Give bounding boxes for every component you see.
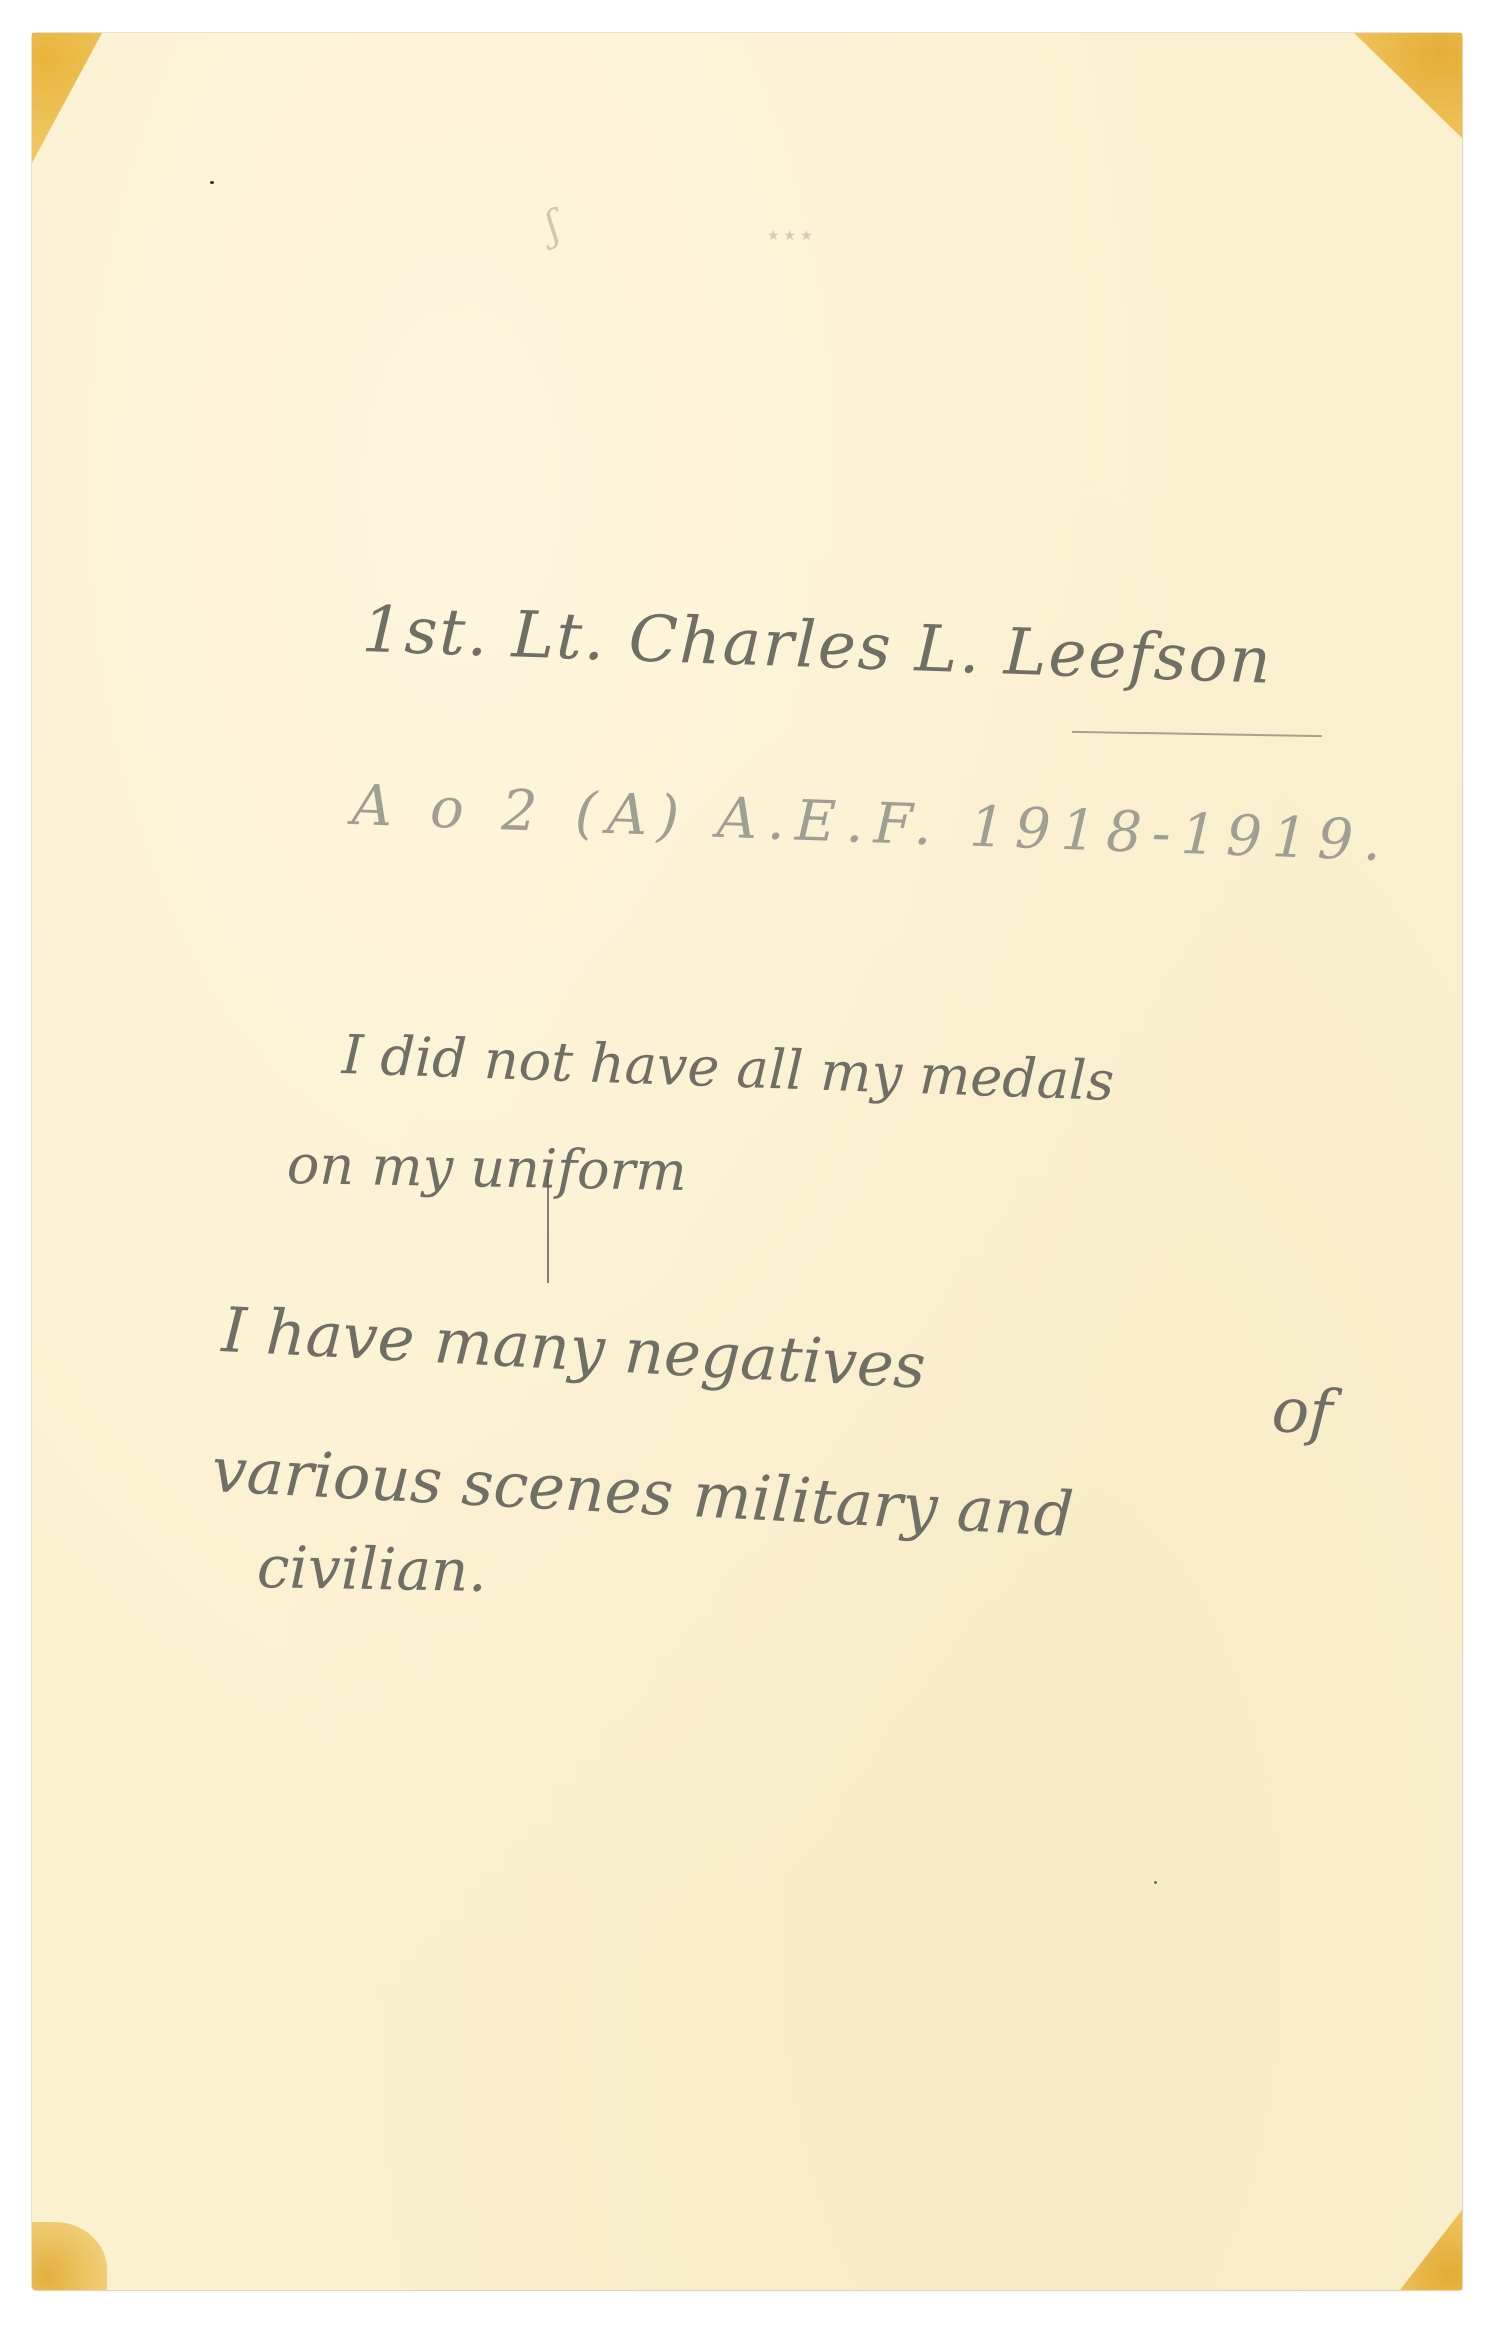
corner-mount-stain-bottom-left [32, 2222, 107, 2290]
note-negatives-line-1: I have many negatives [220, 1293, 927, 1403]
inscription-unit-line: A o 2 (A) A.E.F. 1918-1919. [351, 773, 1392, 874]
corner-mount-stain-bottom-right [1400, 2210, 1462, 2290]
inscription-name-line: 1st. Lt. Charles L. Leefson [361, 593, 1274, 699]
faint-stars-mark: ★★★ [767, 228, 817, 244]
pen-descender-stroke [547, 1173, 549, 1283]
corner-mount-stain-top-left [32, 33, 102, 163]
corner-mount-stain-top-right [1354, 33, 1462, 138]
paper-speck [210, 181, 214, 184]
note-negatives-line-2: various scenes military and [210, 1433, 1075, 1551]
note-medals-line-2: on my uniform [286, 1133, 687, 1203]
note-negatives-line-3: civilian. [256, 1533, 487, 1605]
name-trailing-stroke [1072, 731, 1322, 737]
note-negatives-line-1-tail: of [1270, 1373, 1334, 1449]
paper-speck [1154, 1881, 1157, 1884]
photo-card-back: ʃ ★★★ 1st. Lt. Charles L. Leefson A o 2 … [32, 33, 1462, 2290]
note-medals-line-1: I did not have all my medals [341, 1023, 1115, 1113]
faint-pencil-mark: ʃ [539, 203, 565, 250]
